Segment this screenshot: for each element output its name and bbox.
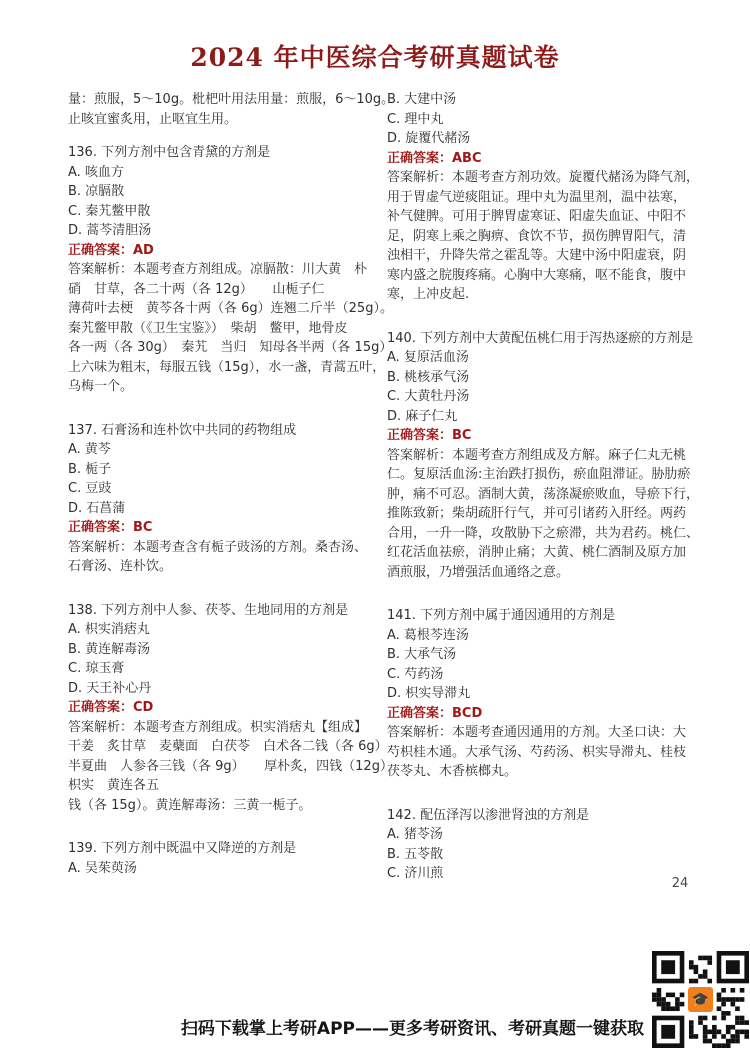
option-b: B. 桃核承气汤 <box>387 368 703 388</box>
question-136: 136. 下列方剂中包含青黛的方剂是 A. 咳血方 B. 凉膈散 C. 秦艽鳖甲… <box>68 143 384 397</box>
answer-explanation: 答案解析：本题考查方剂组成及方解。麻子仁丸无桃仁。复原活血汤:主治跌打损伤，瘀血… <box>387 446 703 583</box>
left-column: 量：煎服，5～10g。枇杷叶用法用量：煎服，6～10g。止咳宜蜜炙用，止呕宜生用… <box>68 90 384 878</box>
option-c: C. 大黄牡丹汤 <box>387 387 703 407</box>
question-138: 138. 下列方剂中人参、茯苓、生地同用的方剂是 A. 枳实消痞丸 B. 黄连解… <box>68 601 384 816</box>
question-stem: 142. 配伍泽泻以渗泄肾浊的方剂是 <box>387 806 703 826</box>
question-141: 141. 下列方剂中属于通因通用的方剂是 A. 葛根芩连汤 B. 大承气汤 C.… <box>387 606 703 782</box>
question-stem: 138. 下列方剂中人参、茯苓、生地同用的方剂是 <box>68 601 384 621</box>
graduation-cap-icon: 🎓 <box>686 985 715 1014</box>
option-a: A. 复原活血汤 <box>387 348 703 368</box>
option-b: B. 栀子 <box>68 460 384 480</box>
question-140: 140. 下列方剂中大黄配伍桃仁用于泻热逐瘀的方剂是 A. 复原活血汤 B. 桃… <box>387 329 703 583</box>
correct-answer: 正确答案：BC <box>68 518 384 538</box>
option-d: D. 旋覆代赭汤 <box>387 129 703 149</box>
option-d: D. 蒿芩清胆汤 <box>68 221 384 241</box>
answer-explanation: 答案解析：本题考查含有栀子豉汤的方剂。桑杏汤、石膏汤、连朴饮。 <box>68 538 384 577</box>
right-column: B. 大建中汤 C. 理中丸 D. 旋覆代赭汤 正确答案：ABC 答案解析：本题… <box>387 90 703 884</box>
correct-answer: 正确答案：ABC <box>387 149 703 169</box>
question-139-start: 139. 下列方剂中既温中又降逆的方剂是 A. 吴茱萸汤 <box>68 839 384 878</box>
option-c: C. 豆豉 <box>68 479 384 499</box>
option-a: A. 黄芩 <box>68 440 384 460</box>
option-b: B. 黄连解毒汤 <box>68 640 384 660</box>
answer-explanation: 答案解析：本题考查方剂功效。旋覆代赭汤为降气剂，用于胃虚气逆痰阻证。理中丸为温里… <box>387 168 703 305</box>
option-d: D. 麻子仁丸 <box>387 407 703 427</box>
option-a: A. 葛根芩连汤 <box>387 626 703 646</box>
option-c: C. 理中丸 <box>387 110 703 130</box>
question-stem: 137. 石膏汤和连朴饮中共同的药物组成 <box>68 421 384 441</box>
answer-explanation: 答案解析：本题考查通因通用的方剂。大圣口诀：大芍枳桂木通。大承气汤、芍药汤、枳实… <box>387 723 703 782</box>
question-stem: 141. 下列方剂中属于通因通用的方剂是 <box>387 606 703 626</box>
option-a: A. 咳血方 <box>68 163 384 183</box>
footer-promo-text: 扫码下载掌上考研APP——更多考研资讯、考研真题一键获取 <box>181 1014 644 1039</box>
exam-document-page: 2024 年中医综合考研真题试卷 量：煎服，5～10g。枇杷叶用法用量：煎服，6… <box>0 0 750 1061</box>
option-b: B. 大承气汤 <box>387 645 703 665</box>
answer-explanation: 答案解析：本题考查方剂组成。枳实消痞丸【组成】干姜 炙甘草 麦蘗面 白茯苓 白术… <box>68 718 384 816</box>
page-title: 2024 年中医综合考研真题试卷 <box>0 38 750 74</box>
correct-answer: 正确答案：CD <box>68 698 384 718</box>
option-d: D. 枳实导滞丸 <box>387 684 703 704</box>
option-b: B. 凉膈散 <box>68 182 384 202</box>
option-d: D. 石菖蒲 <box>68 499 384 519</box>
option-c: C. 济川煎 <box>387 864 703 884</box>
option-b: B. 大建中汤 <box>387 90 703 110</box>
correct-answer: 正确答案：BCD <box>387 704 703 724</box>
correct-answer: 正确答案：AD <box>68 241 384 261</box>
question-142: 142. 配伍泽泻以渗泄肾浊的方剂是 A. 猪苓汤 B. 五苓散 C. 济川煎 <box>387 806 703 884</box>
option-a: A. 枳实消痞丸 <box>68 620 384 640</box>
option-a: A. 猪苓汤 <box>387 825 703 845</box>
answer-explanation: 答案解析：本题考查方剂组成。凉膈散：川大黄 朴硝 甘草，各二十两（各 12g） … <box>68 260 384 397</box>
question-139-end: B. 大建中汤 C. 理中丸 D. 旋覆代赭汤 正确答案：ABC 答案解析：本题… <box>387 90 703 305</box>
question-stem: 139. 下列方剂中既温中又降逆的方剂是 <box>68 839 384 859</box>
option-a: A. 吴茱萸汤 <box>68 859 384 879</box>
question-stem: 136. 下列方剂中包含青黛的方剂是 <box>68 143 384 163</box>
qr-code: 🎓 <box>652 951 749 1048</box>
correct-answer: 正确答案：BC <box>387 426 703 446</box>
option-d: D. 天王补心丹 <box>68 679 384 699</box>
option-c: C. 芍药汤 <box>387 665 703 685</box>
page-number: 24 <box>660 876 700 891</box>
question-137: 137. 石膏汤和连朴饮中共同的药物组成 A. 黄芩 B. 栀子 C. 豆豉 D… <box>68 421 384 577</box>
option-c: C. 秦艽鳖甲散 <box>68 202 384 222</box>
option-b: B. 五苓散 <box>387 845 703 865</box>
question-stem: 140. 下列方剂中大黄配伍桃仁用于泻热逐瘀的方剂是 <box>387 329 703 349</box>
option-c: C. 琼玉膏 <box>68 659 384 679</box>
intro-paragraph: 量：煎服，5～10g。枇杷叶用法用量：煎服，6～10g。止咳宜蜜炙用，止呕宜生用… <box>68 90 384 129</box>
